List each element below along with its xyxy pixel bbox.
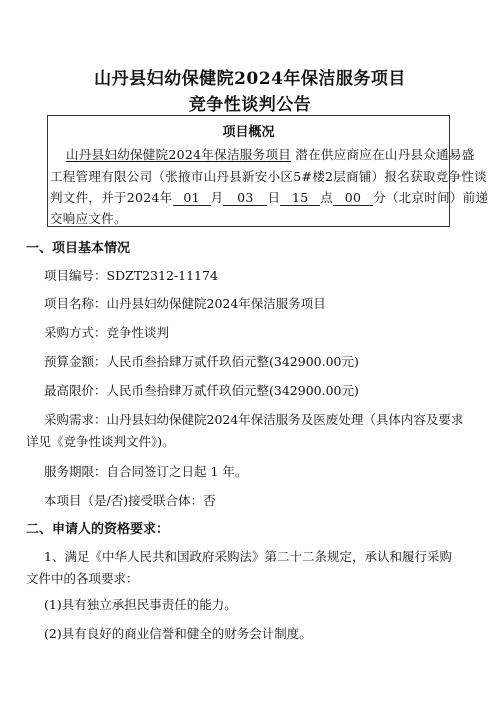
document-subtitle: 竞争性谈判公告: [0, 90, 500, 115]
deadline-hour: 15: [280, 191, 320, 206]
deadline-month: 01: [173, 191, 211, 206]
month-unit: 月: [211, 190, 224, 205]
hour-unit: 点: [320, 190, 333, 205]
procurement-method: 采购方式：竞争性谈判: [44, 323, 169, 341]
overview-line1-rest: 潜在供应商应在山丹县众通易盛: [295, 147, 474, 162]
overview-project-name: 山丹县妇幼保健院2024年保洁服务项目: [66, 147, 291, 162]
minute-unit: 分（北京时间）前递: [373, 190, 488, 205]
overview-box: 项目概况 山丹县妇幼保健院2024年保洁服务项目 潜在供应商应在山丹县众通易盛 …: [47, 115, 450, 227]
overview-heading: 项目概况: [48, 121, 449, 140]
overview-line-2: 工程管理有限公司（张掖市山丹县新安小区5#楼2层商铺）报名获取竞争性谈: [50, 167, 487, 185]
deadline-prefix: 判文件，并于2024年: [50, 190, 173, 205]
procurement-requirement-line1: 采购需求：山丹县妇幼保健院2024年保洁服务及医废处理（具体内容及要求: [44, 410, 463, 428]
project-name: 项目名称：山丹县妇幼保健院2024年保洁服务项目: [44, 294, 326, 312]
deadline-day: 03: [223, 191, 267, 206]
document-page: 山丹县妇幼保健院2024年保洁服务项目 竞争性谈判公告 项目概况 山丹县妇幼保健…: [0, 0, 500, 706]
budget-amount: 预算金额：人民币叁拾肆万贰仟玖佰元整(342900.00元): [44, 352, 359, 370]
overview-line-3: 判文件，并于2024年01月03日15点00分（北京时间）前递: [50, 188, 488, 206]
document-title: 山丹县妇幼保健院2024年保洁服务项目: [0, 64, 500, 89]
project-number: 项目编号：SDZT2312-11174: [44, 266, 218, 284]
service-period: 服务期限：自合同签订之日起 1 年。: [44, 462, 247, 480]
overview-line-4: 交响应文件。: [50, 209, 127, 227]
procurement-requirement-line2: 详见《竞争性谈判文件》)。: [26, 432, 175, 450]
section1-heading: 一、项目基本情况: [26, 237, 130, 256]
qualification-item1-line2: 文件中的各项要求：: [26, 569, 139, 587]
consortium-acceptance: 本项目（是/否)接受联合体：否: [44, 491, 216, 509]
day-unit: 日: [267, 190, 280, 205]
deadline-minute: 00: [333, 191, 373, 206]
qualification-item1-line1: 1、满足《中华人民共和国政府采购法》第二十二条规定，承认和履行采购: [44, 547, 452, 565]
qualification-sub1: (1)具有独立承担民事责任的能力。: [44, 595, 237, 613]
max-price: 最高限价：人民币叁拾肆万贰仟玖佰元整(342900.00元): [44, 381, 359, 399]
overview-line-1: 山丹县妇幼保健院2024年保洁服务项目 潜在供应商应在山丹县众通易盛: [66, 145, 475, 163]
section2-heading: 二、申请人的资格要求：: [26, 518, 169, 537]
qualification-sub2: (2)具有良好的商业信誉和健全的财务会计制度。: [44, 624, 312, 642]
